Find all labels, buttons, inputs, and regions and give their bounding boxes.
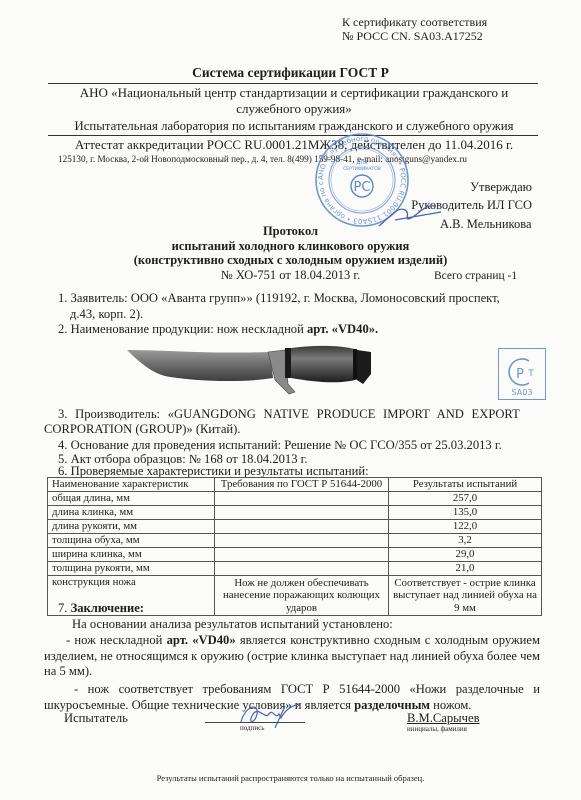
protocol-title-block: Протокол испытаний холодного клинкового … [0, 224, 581, 268]
knife-photo [125, 340, 375, 400]
result-cell: 135,0 [389, 506, 542, 520]
name-caption: инициалы, фамилия [407, 725, 467, 733]
applicant-line2: д.43, корп. 2). [58, 307, 500, 323]
results-table: Наименование характеристик Требования по… [47, 477, 542, 616]
page-count: Всего страниц -1 [434, 270, 517, 282]
product-name: 2. Наименование продукции: нож нескладно… [58, 322, 378, 338]
applicant: 1. Заявитель: ООО «Аванта групп»» (11919… [58, 291, 500, 322]
column-header-characteristic: Наименование характеристик [48, 478, 215, 492]
rst-mark-icon: P T SA03 [499, 349, 545, 399]
result-cell: 29,0 [389, 548, 542, 562]
characteristic-cell: общая длина, мм [48, 492, 215, 506]
requirement-cell: Нож не должен обеспечивать нанесение пор… [215, 576, 389, 616]
result-cell: 3,2 [389, 534, 542, 548]
certification-mark: P T SA03 [498, 348, 546, 400]
svg-text:T: T [527, 369, 534, 379]
column-header-requirements: Требования по ГОСТ Р 51644-2000 [215, 478, 389, 492]
requirement-cell [215, 548, 389, 562]
result-cell: Соответствует - острие клинка выступает … [389, 576, 542, 616]
svg-text:ДЛЯ: ДЛЯ [356, 160, 367, 166]
result-cell: 122,0 [389, 520, 542, 534]
table-row: толщина обуха, мм3,2 [48, 534, 542, 548]
manufacturer-line1: 3. Производитель: «GUANGDONG NATIVE PROD… [58, 407, 520, 423]
column-header-results: Результаты испытаний [389, 478, 542, 492]
tester-role: Испытатель [64, 711, 128, 727]
laboratory-name: Испытательная лаборатория по испытаниям … [48, 119, 540, 134]
svg-text:P: P [516, 367, 524, 382]
point2-bold: разделочным [354, 698, 430, 712]
protocol-title: Протокол [0, 224, 581, 239]
svg-text:СЕРТИФИКАТОВ: СЕРТИФИКАТОВ [343, 166, 381, 172]
signature-caption: подпись [240, 724, 264, 732]
result-cell: 21,0 [389, 562, 542, 576]
certificate-reference-line1: К сертификату соответствия [342, 15, 487, 29]
point1-article: арт. «VD40» [167, 633, 236, 647]
table-header-row: Наименование характеристик Требования по… [48, 478, 542, 492]
characteristic-cell: длина рукояти, мм [48, 520, 215, 534]
characteristic-cell: толщина обуха, мм [48, 534, 215, 548]
organization-line1: АНО «Национальный центр стандартизации и… [48, 85, 540, 101]
signature-line [205, 722, 305, 723]
product-name-label: 2. Наименование продукции: нож нескладно… [58, 322, 307, 336]
requirement-cell [215, 534, 389, 548]
requirement-cell [215, 506, 389, 520]
accreditation: Аттестат аккредитации РОСС RU.0001.21МЖ3… [48, 137, 540, 153]
requirement-cell [215, 492, 389, 506]
organization-name: АНО «Национальный центр стандартизации и… [48, 85, 540, 117]
characteristic-cell: длина клинка, мм [48, 506, 215, 520]
approval-label: Утверждаю [392, 178, 532, 196]
table-row: общая длина, мм257,0 [48, 492, 542, 506]
point1-prefix: - нож нескладной [66, 633, 167, 647]
conclusion-title: Заключение: [71, 601, 144, 615]
conclusion-point-1: - нож нескладной арт. «VD40» является ко… [44, 633, 540, 680]
table-row: длина рукояти, мм122,0 [48, 520, 542, 534]
organization-line2: служебного оружия» [48, 101, 540, 117]
manufacturer-line2: CORPORATION (GROUP)» (Китай). [44, 422, 241, 438]
requirement-cell [215, 520, 389, 534]
table-row: толщина рукояти, мм21,0 [48, 562, 542, 576]
point2-text: ножом. [430, 698, 471, 712]
table-row: длина клинка, мм135,0 [48, 506, 542, 520]
certificate-number: № РОСС CN. SA03.A17252 [342, 29, 487, 43]
characteristic-cell: толщина рукояти, мм [48, 562, 215, 576]
characteristic-cell: ширина клинка, мм [48, 548, 215, 562]
footer-note: Результаты испытаний распространяются то… [0, 773, 581, 783]
protocol-subtitle-2: (конструктивно сходных с холодным оружие… [0, 253, 581, 268]
product-article: арт. «VD40». [307, 322, 378, 336]
requirement-cell [215, 562, 389, 576]
protocol-subtitle-1: испытаний холодного клинкового оружия [0, 239, 581, 254]
result-cell: 257,0 [389, 492, 542, 506]
system-title: Система сертификации ГОСТ Р [0, 65, 581, 81]
svg-text:PC: PC [354, 180, 371, 195]
table-row: ширина клинка, мм29,0 [48, 548, 542, 562]
conclusion-intro: На основании анализа результатов испытан… [72, 617, 393, 633]
header-divider [48, 83, 538, 84]
conclusion-number: 7. [58, 601, 71, 615]
conclusion-heading: 7. Заключение: [58, 601, 144, 617]
laboratory-divider [48, 135, 538, 136]
svg-text:SA03: SA03 [512, 388, 533, 397]
applicant-line1: 1. Заявитель: ООО «Аванта групп»» (11919… [58, 291, 500, 307]
certificate-reference: К сертификату соответствия № РОСС CN. SA… [342, 15, 487, 43]
